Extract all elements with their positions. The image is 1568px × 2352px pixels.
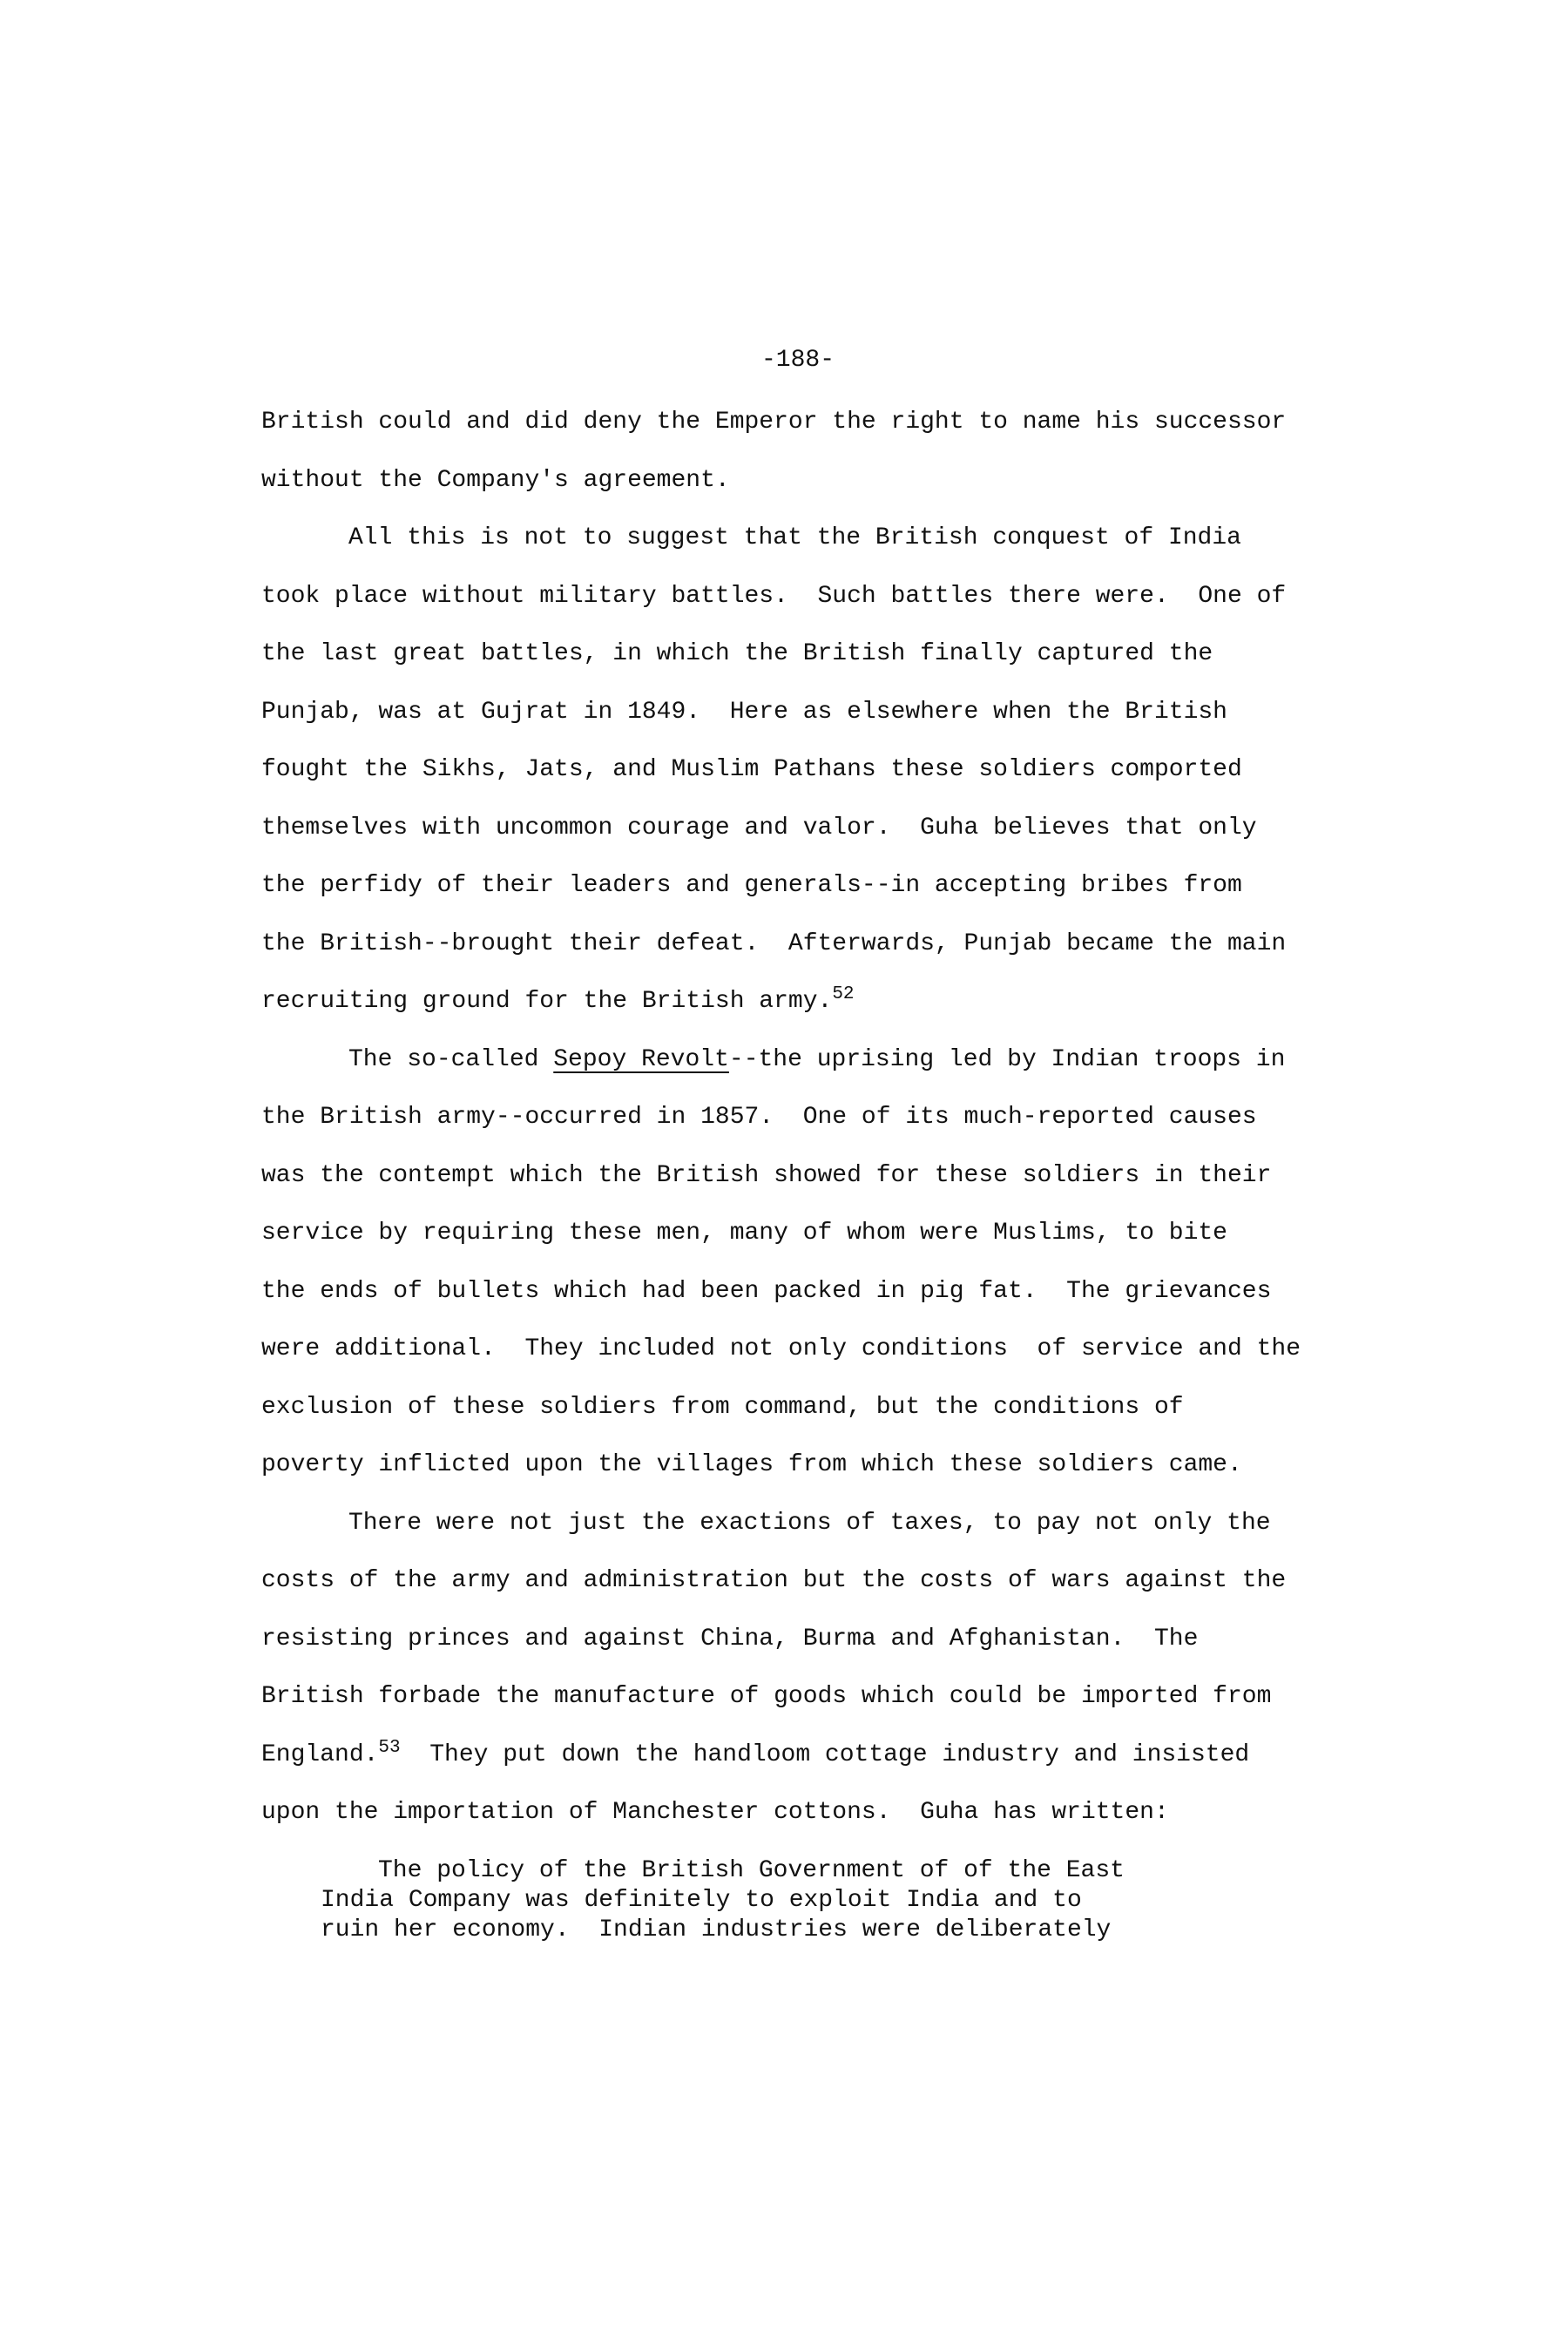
text-line: exclusion of these soldiers from command…: [261, 1379, 1368, 1437]
text-line: recruiting ground for the British army.5…: [261, 973, 1368, 1031]
text-segment: exclusion of these soldiers from command…: [261, 1394, 1184, 1421]
text-segment: were additional. They included not only …: [261, 1335, 1301, 1362]
text-line: were additional. They included not only …: [261, 1321, 1368, 1379]
text-segment: service by requiring these men, many of …: [261, 1220, 1227, 1247]
quote-line: The policy of the British Government of …: [321, 1856, 1322, 1886]
text-segment: themselves with uncommon courage and val…: [261, 814, 1257, 841]
text-segment: poverty inflicted upon the villages from…: [261, 1451, 1242, 1478]
body-text: British could and did deny the Emperor t…: [261, 394, 1368, 1945]
text-segment: Punjab, was at Gujrat in 1849. Here as e…: [261, 699, 1227, 726]
text-segment: resisting princes and against China, Bur…: [261, 1625, 1198, 1652]
text-segment: the last great battles, in which the Bri…: [261, 640, 1213, 667]
text-segment: the ends of bullets which had been packe…: [261, 1278, 1271, 1305]
text-segment: All this is not to suggest that the Brit…: [348, 524, 1241, 551]
text-segment: took place without military battles. Suc…: [261, 583, 1286, 610]
text-line: took place without military battles. Suc…: [261, 568, 1368, 626]
text-line: The so-called Sepoy Revolt--the uprising…: [261, 1031, 1368, 1090]
text-segment: --the uprising led by Indian troops in: [729, 1046, 1286, 1073]
text-line: fought the Sikhs, Jats, and Muslim Patha…: [261, 741, 1368, 800]
text-line: costs of the army and administration but…: [261, 1552, 1368, 1611]
text-line: the British--brought their defeat. After…: [261, 916, 1368, 974]
text-segment: There were not just the exactions of tax…: [348, 1510, 1271, 1537]
text-segment: the British--brought their defeat. After…: [261, 930, 1286, 957]
text-segment: the British army--occurred in 1857. One …: [261, 1104, 1257, 1131]
text-segment: British could and did deny the Emperor t…: [261, 409, 1286, 436]
quote-line: ruin her economy. Indian industries were…: [321, 1916, 1322, 1945]
text-line: Punjab, was at Gujrat in 1849. Here as e…: [261, 684, 1368, 742]
text-line: poverty inflicted upon the villages from…: [261, 1436, 1368, 1495]
text-line: service by requiring these men, many of …: [261, 1205, 1368, 1263]
text-segment: England.: [261, 1741, 378, 1768]
text-line: the last great battles, in which the Bri…: [261, 625, 1368, 684]
quote-line: India Company was definitely to exploit …: [321, 1886, 1322, 1916]
text-line: British forbade the manufacture of goods…: [261, 1668, 1368, 1727]
text-line: themselves with uncommon courage and val…: [261, 800, 1368, 858]
text-segment: the perfidy of their leaders and general…: [261, 872, 1242, 899]
text-segment: upon the importation of Manchester cotto…: [261, 1799, 1169, 1826]
text-segment: They put down the handloom cottage indus…: [401, 1741, 1250, 1768]
page-number: -188-: [261, 347, 1335, 374]
document-page: -188- British could and did deny the Emp…: [0, 0, 1568, 2352]
text-segment: fought the Sikhs, Jats, and Muslim Patha…: [261, 756, 1242, 783]
text-line: All this is not to suggest that the Brit…: [261, 510, 1368, 568]
text-segment: British forbade the manufacture of goods…: [261, 1683, 1271, 1710]
text-line: the British army--occurred in 1857. One …: [261, 1089, 1368, 1147]
text-line: was the contempt which the British showe…: [261, 1147, 1368, 1206]
footnote-reference: 52: [832, 984, 854, 1004]
text-line: British could and did deny the Emperor t…: [261, 394, 1368, 452]
text-segment: without the Company's agreement.: [261, 467, 730, 494]
footnote-reference: 53: [378, 1738, 400, 1758]
text-line: the perfidy of their leaders and general…: [261, 857, 1368, 916]
text-line: the ends of bullets which had been packe…: [261, 1263, 1368, 1321]
text-segment: recruiting ground for the British army.: [261, 988, 832, 1015]
text-line: resisting princes and against China, Bur…: [261, 1611, 1368, 1669]
underlined-term: Sepoy Revolt: [553, 1046, 729, 1073]
block-quote: The policy of the British Government of …: [321, 1856, 1322, 1945]
text-segment: was the contempt which the British showe…: [261, 1162, 1271, 1189]
text-line: upon the importation of Manchester cotto…: [261, 1784, 1368, 1842]
text-segment: costs of the army and administration but…: [261, 1567, 1286, 1594]
text-segment: The so-called: [348, 1046, 553, 1073]
text-line: There were not just the exactions of tax…: [261, 1495, 1368, 1553]
text-line: without the Company's agreement.: [261, 452, 1368, 510]
text-line: England.53 They put down the handloom co…: [261, 1727, 1368, 1785]
